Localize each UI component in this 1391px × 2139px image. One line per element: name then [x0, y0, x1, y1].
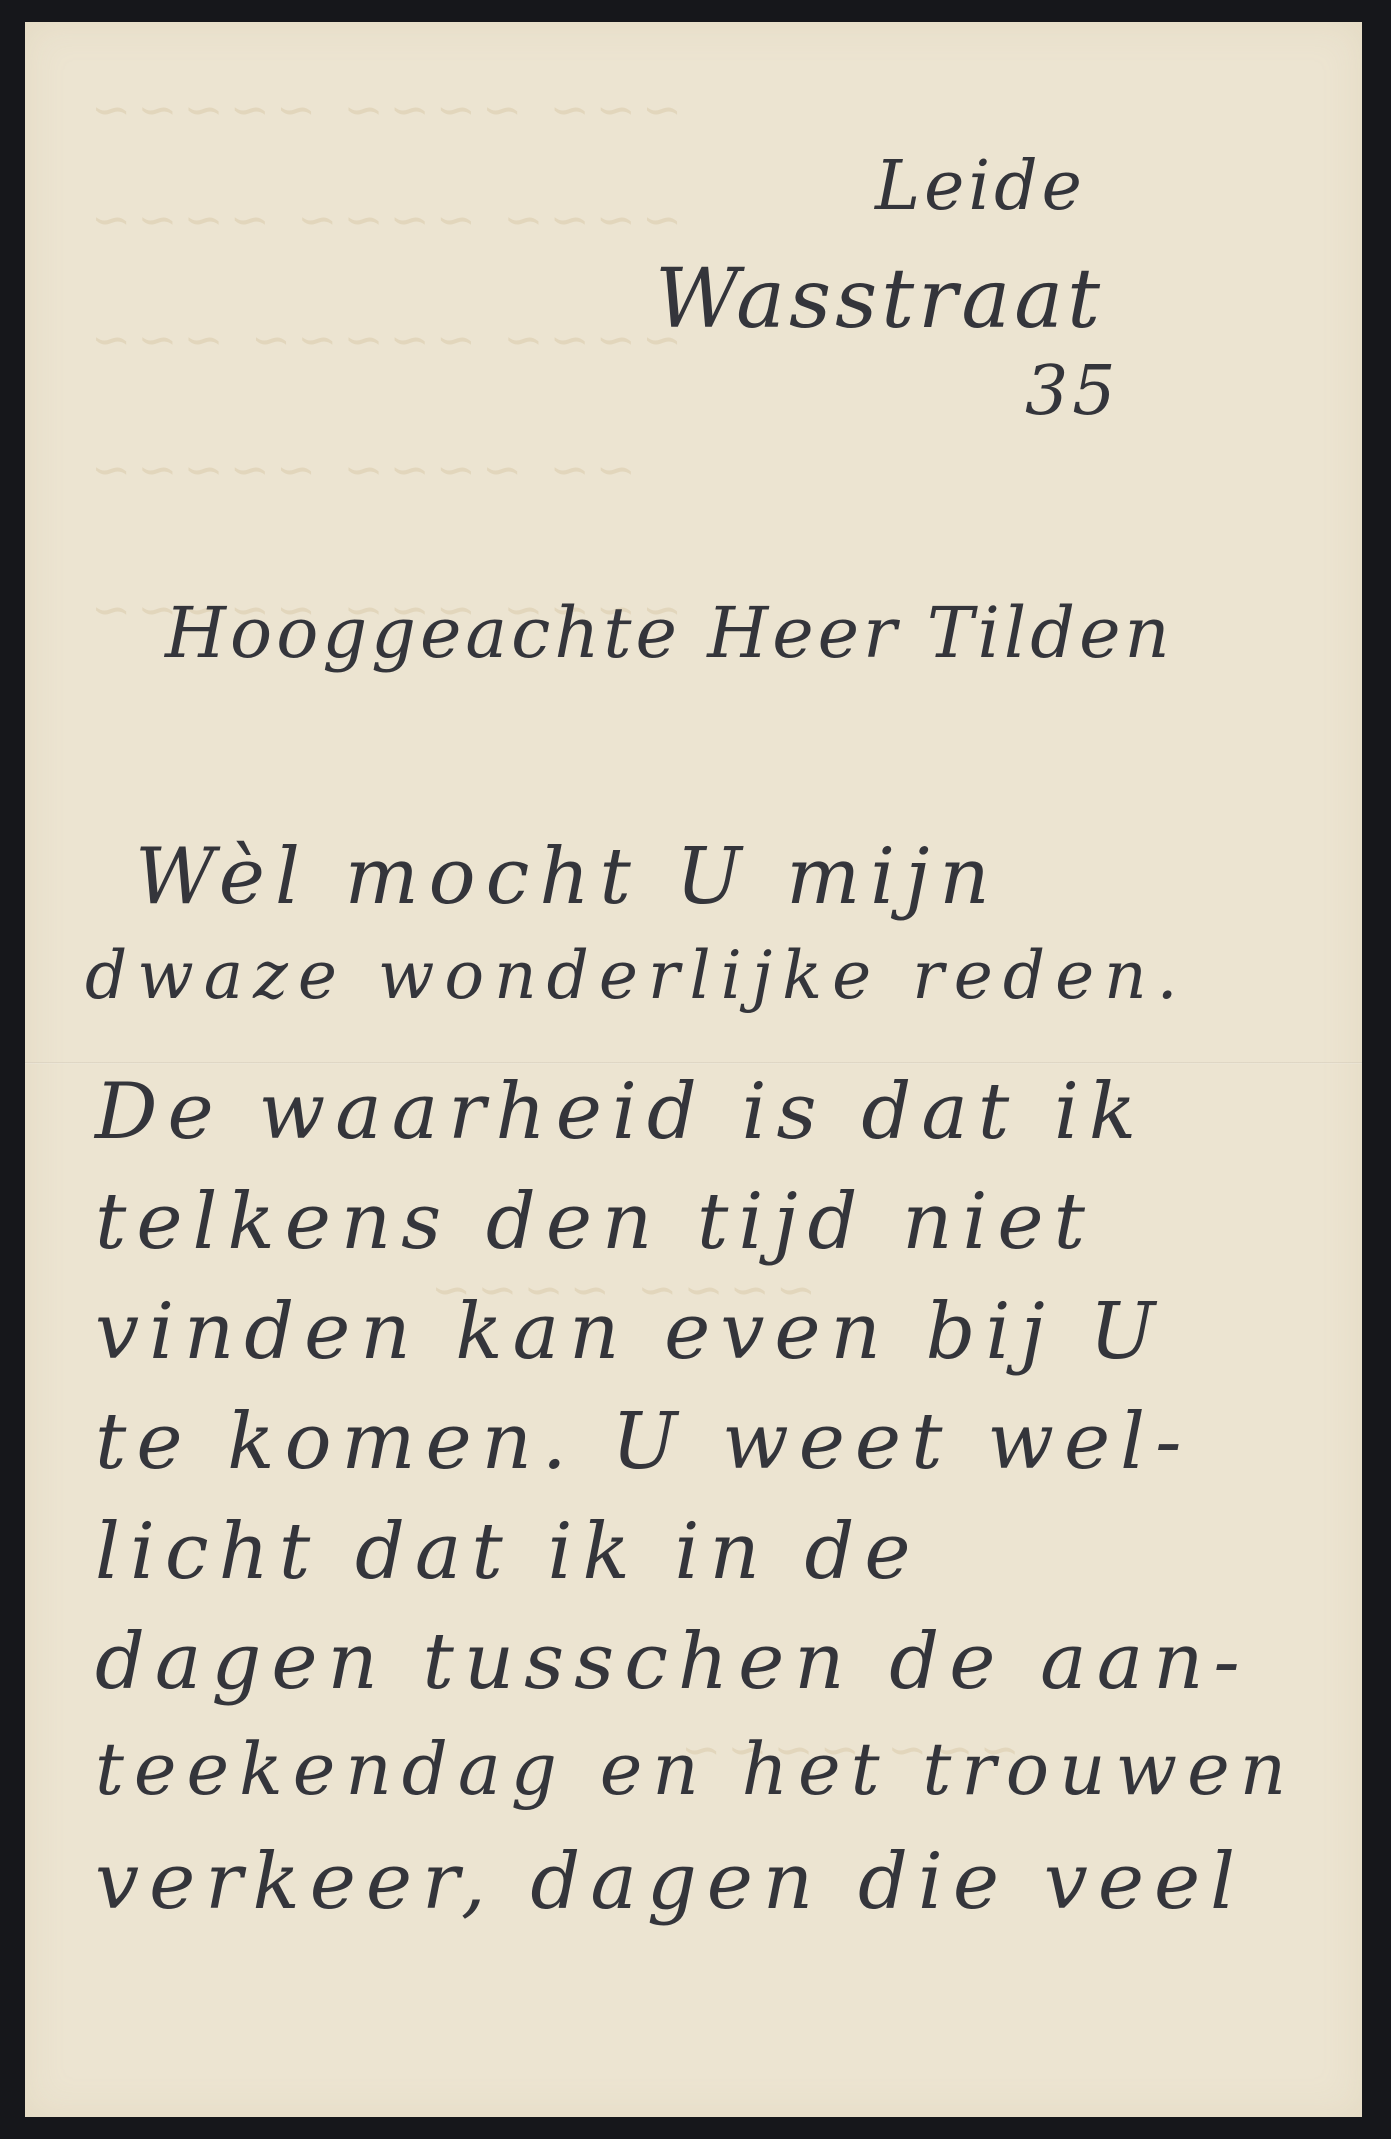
bleed-through-text: ~~~ ~~~~ ~~~~~ — [85, 82, 682, 138]
header-house-number: 35 — [1025, 352, 1120, 431]
bleed-through-text: ~~~~ ~~~~ ~~~~ — [85, 192, 682, 248]
body-line: dwaze wonderlijke reden. — [85, 937, 1188, 1014]
body-line: verkeer, dagen die veel — [95, 1837, 1245, 1927]
fold-crease — [25, 1062, 1362, 1064]
body-line: De waarheid is dat ik — [95, 1067, 1146, 1157]
bleed-through-text: ~~~~ ~~~~~ ~~~ — [85, 312, 682, 368]
letter-sheet: ~~~ ~~~~ ~~~~~ ~~~~ ~~~~ ~~~~ ~~~~ ~~~~~… — [25, 22, 1362, 2117]
body-line: dagen tusschen de aan- — [95, 1617, 1250, 1707]
salutation: Hooggeachte Heer Tilden — [165, 592, 1174, 674]
body-line: te komen. U weet wel- — [95, 1397, 1191, 1487]
body-line: telkens den tijd niet — [95, 1177, 1095, 1267]
body-line: vinden kan even bij U — [95, 1287, 1165, 1377]
body-line: Wèl mocht U mijn — [135, 832, 1000, 922]
body-line: licht dat ik in de — [95, 1507, 921, 1597]
header-city: Leide — [875, 147, 1086, 226]
header-street: Wasstraat — [655, 252, 1104, 347]
body-line: teekendag en het trouwen — [95, 1727, 1296, 1811]
bleed-through-text: ~~ ~~~~ ~~~~~ — [85, 442, 636, 498]
